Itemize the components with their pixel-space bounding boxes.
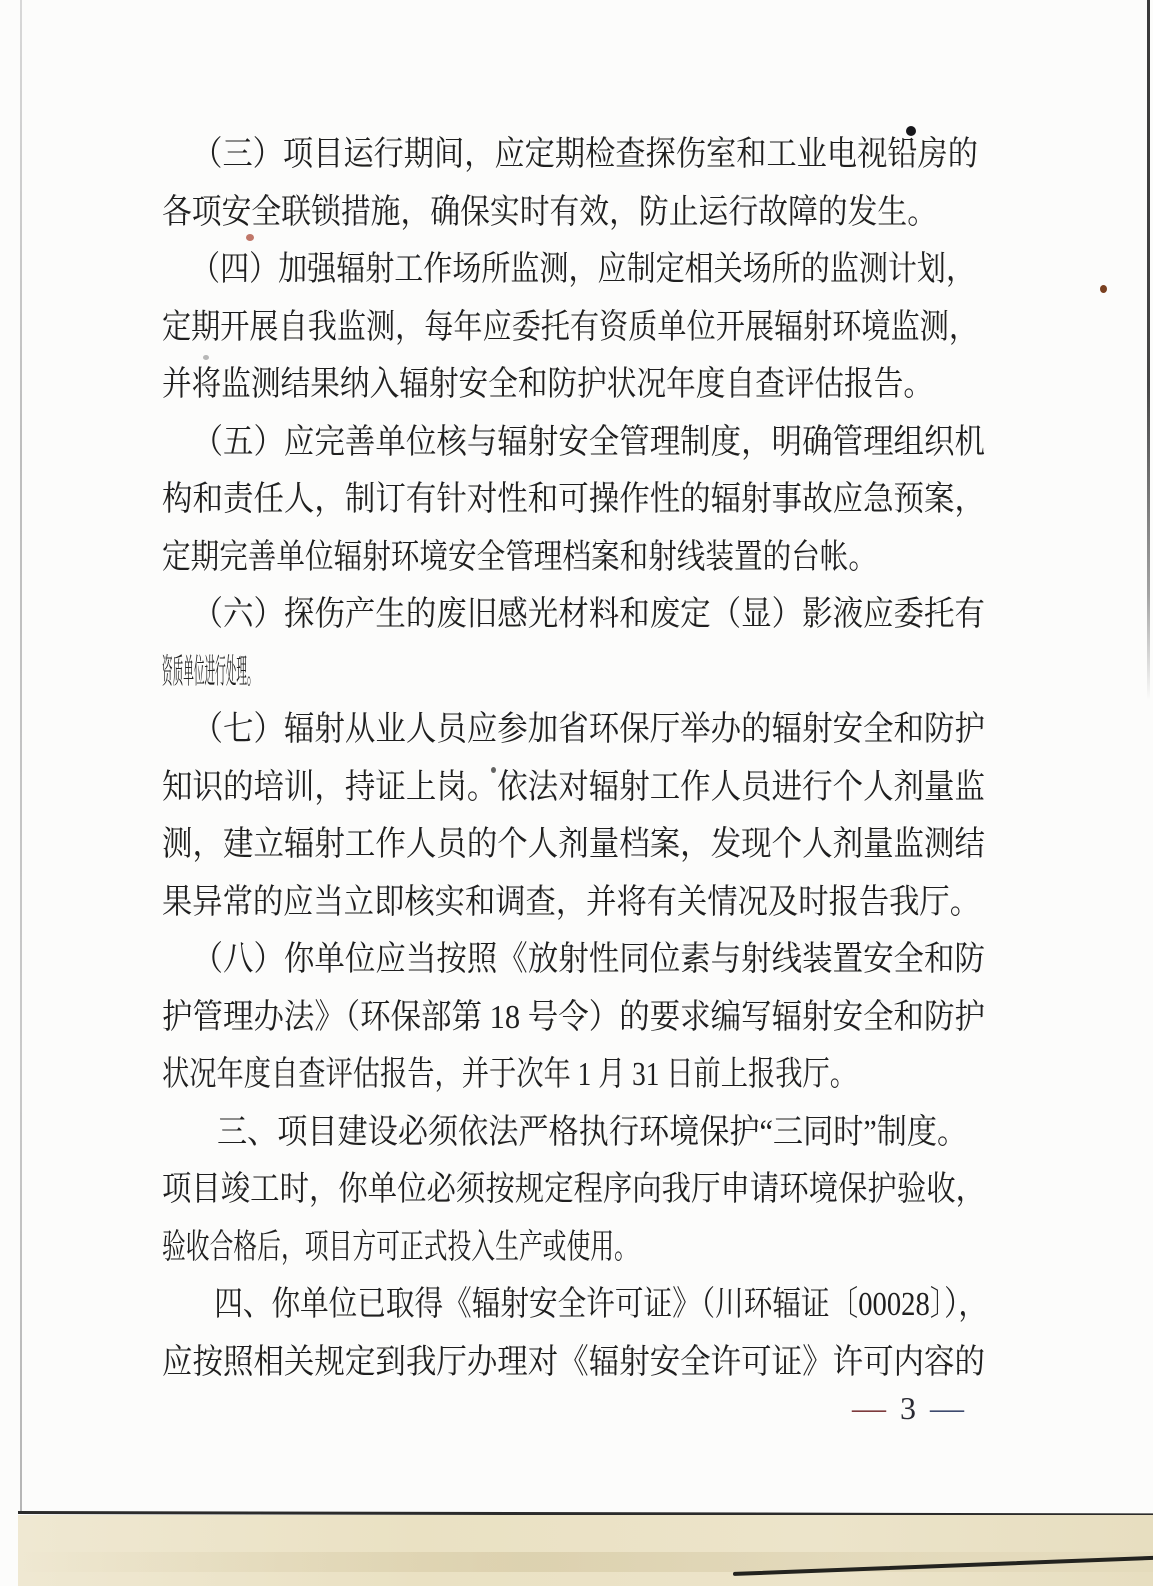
text-line: 资质单位进行处理。 bbox=[162, 644, 420, 702]
text-line: 四、你单位已取得《辐射安全许可证》（川环辐证〔00028〕）， bbox=[162, 1276, 857, 1334]
page-number: —3— bbox=[852, 1386, 964, 1430]
text-line: 定期开展自我监测，每年应委托有资质单位开展辐射环境监测， bbox=[162, 299, 870, 357]
text-line: 果异常的应当立即核实和调查，并将有关情况及时报告我厅。 bbox=[162, 874, 898, 932]
page-number-dash-left: — bbox=[852, 1390, 886, 1427]
text-line: （八）你单位应当按照《放射性同位素与射线装置安全和防 bbox=[162, 931, 903, 989]
text-line: 状况年度自查评估报告，并于次年 1 月 31 日前上报我厅。 bbox=[162, 1046, 824, 1104]
page-left-edge-line bbox=[20, 0, 22, 1513]
page-number-dash-right: — bbox=[930, 1390, 964, 1427]
text-line: 各项安全联锁措施，确保实时有效，防止运行故障的发生。 bbox=[162, 184, 886, 242]
text-line: 测，建立辐射工作人员的个人剂量档案，发现个人剂量监测结 bbox=[162, 816, 903, 874]
text-line: （七）辐射从业人员应参加省环保厅举办的辐射安全和防护 bbox=[162, 701, 903, 759]
ink-speck bbox=[1100, 285, 1107, 293]
text-line: 并将监测结果纳入辐射安全和防护状况年度自查评估报告。 bbox=[162, 356, 882, 414]
text-line: 护管理办法》（环保部第 18 号令）的要求编写辐射安全和防护 bbox=[162, 989, 903, 1047]
text-line: （六）探伤产生的废旧感光材料和废定（显）影液应委托有 bbox=[162, 586, 903, 644]
text-line: 知识的培训，持证上岗。依法对辐射工作人员进行个人剂量监 bbox=[162, 759, 903, 817]
scanner-background-strip bbox=[18, 1515, 1153, 1586]
text-line: 定期完善单位辐射环境安全管理档案和射线装置的台帐。 bbox=[162, 529, 857, 587]
text-line: 构和责任人，制订有针对性和可操作性的辐射事故应急预案， bbox=[162, 471, 903, 529]
text-line: （四）加强辐射工作场所监测，应制定相关场所的监测计划， bbox=[162, 241, 867, 299]
text-line: （五）应完善单位核与辐射安全管理制度，明确管理组织机 bbox=[162, 414, 903, 472]
document-body: （三）项目运行期间，应定期检查探伤室和工业电视铅房的 各项安全联锁措施，确保实时… bbox=[162, 126, 988, 1391]
text-line: 验收合格后，项目方可正式投入生产或使用。 bbox=[162, 1219, 740, 1277]
text-line: 项目竣工时，你单位必须按规定程序向我厅申请环境保护验收， bbox=[162, 1161, 876, 1219]
text-line: （三）项目运行期间，应定期检查探伤室和工业电视铅房的 bbox=[162, 126, 896, 184]
scanned-document-page: { "page": { "number": "3", "dash": "—", … bbox=[0, 0, 1153, 1586]
text-line: 三、项目建设必须依法严格执行环境保护“三同时”制度。 bbox=[162, 1104, 894, 1162]
page-right-edge-line bbox=[1147, 0, 1150, 700]
page-number-value: 3 bbox=[900, 1390, 916, 1426]
text-line: 应按照相关规定到我厅办理对《辐射安全许可证》许可内容的 bbox=[162, 1334, 903, 1392]
